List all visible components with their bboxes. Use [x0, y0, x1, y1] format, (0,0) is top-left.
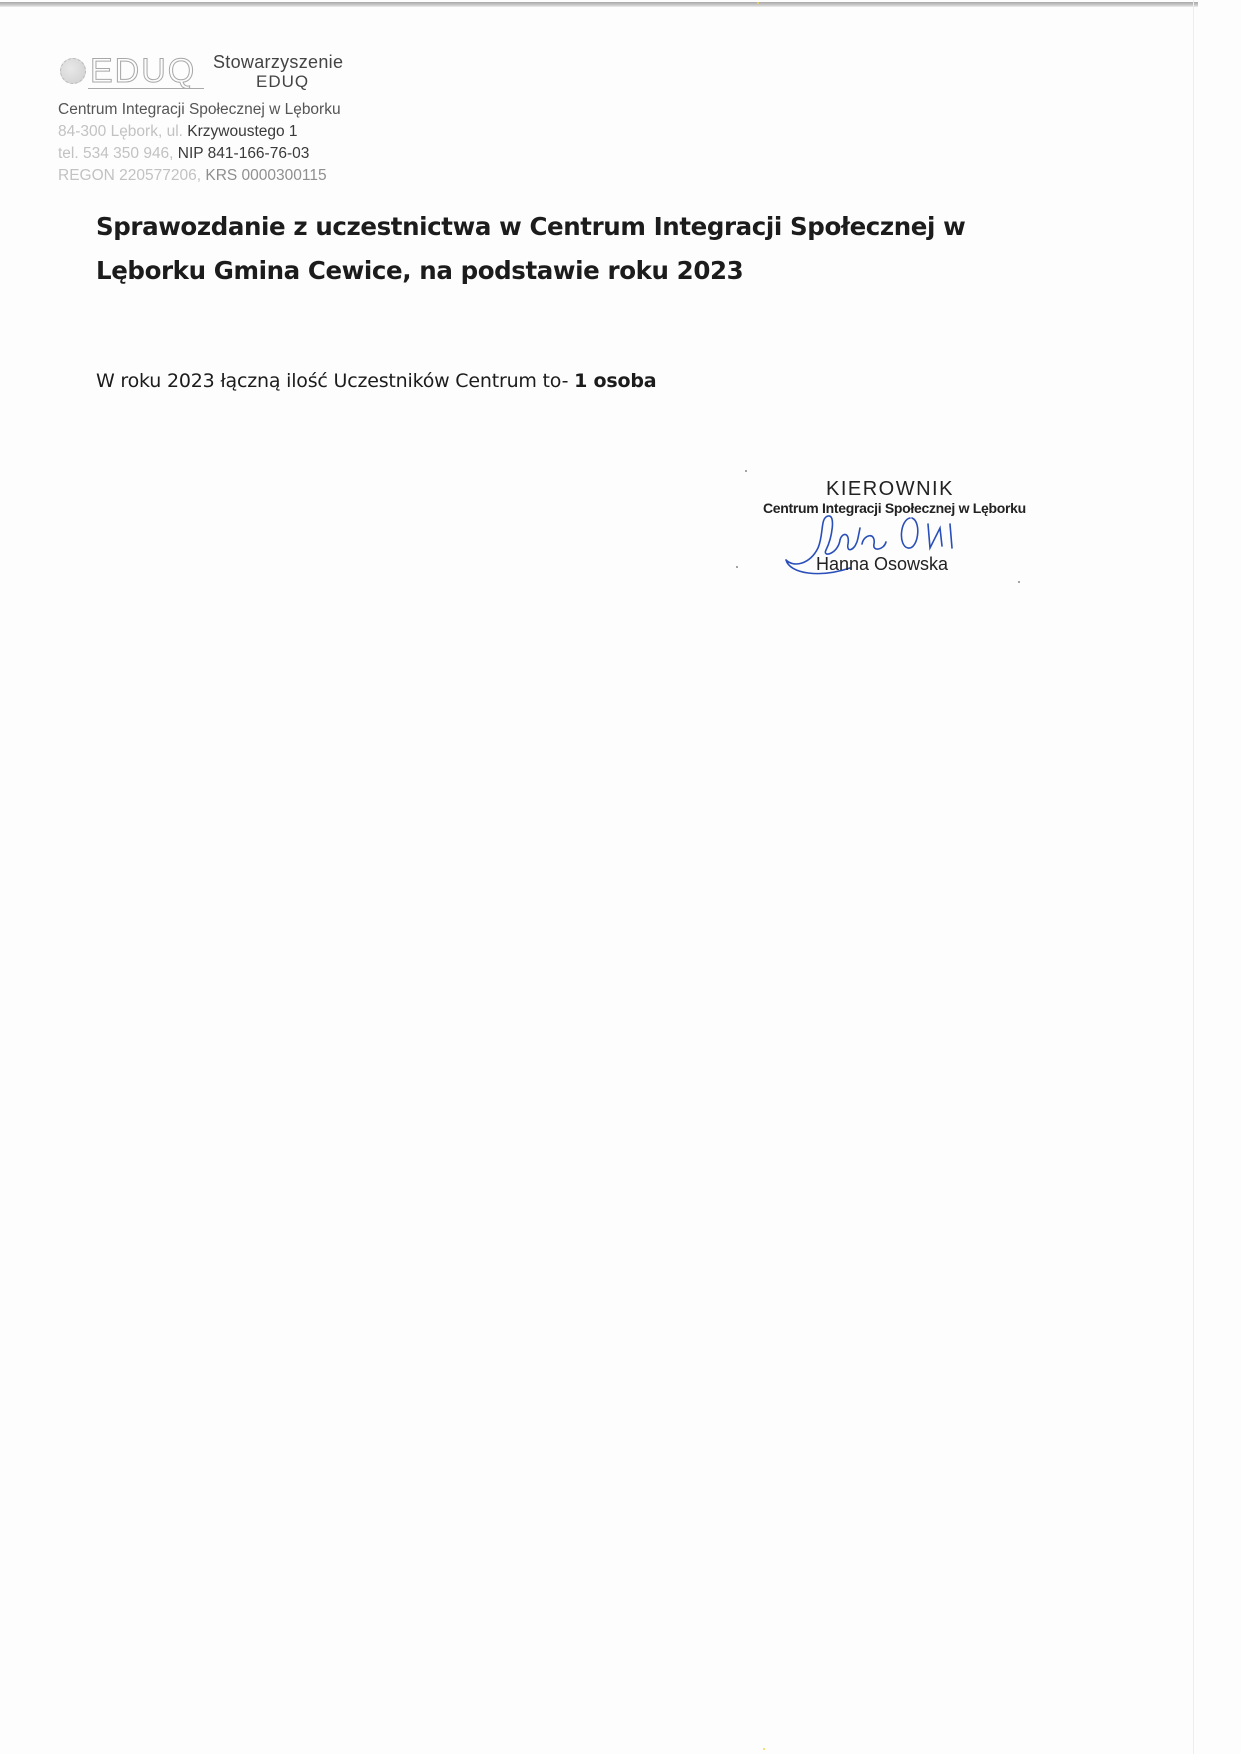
association-name: EDUQ [256, 72, 309, 92]
scan-speck [757, 2, 759, 4]
stamp-krs: KRS 0000300115 [201, 167, 327, 184]
scan-speck [1018, 581, 1020, 583]
scan-speck [736, 566, 738, 568]
scan-right-edge [1193, 0, 1194, 1754]
scan-top-edge [0, 2, 1198, 7]
document-body: W roku 2023 łączną ilość Uczestników Cen… [96, 370, 656, 392]
stamp-nip: NIP 841-166-76-03 [174, 145, 310, 162]
eduq-logo: EDUQ [58, 52, 198, 94]
globe-icon [60, 58, 86, 84]
stamp-registry: REGON 220577206, KRS 0000300115 [58, 167, 327, 185]
body-text: W roku 2023 łączną ilość Uczestników Cen… [96, 370, 574, 392]
stamp-organization: Centrum Integracji Społecznej w Lęborku [58, 101, 341, 119]
signature-stamp: KIEROWNIK Centrum Integracji Społecznej … [760, 478, 1060, 588]
stamp-address-faded: 84-300 Lębork, ul. [58, 123, 183, 140]
document-title: Sprawozdanie z uczestnictwa w Centrum In… [96, 205, 1016, 293]
association-label: Stowarzyszenie [213, 52, 343, 73]
logo-underline [88, 88, 204, 89]
stamp-contact: tel. 534 350 946, NIP 841-166-76-03 [58, 145, 309, 163]
stamp-regon: REGON 220577206, [58, 167, 201, 184]
stamp-phone: tel. 534 350 946, [58, 145, 174, 162]
logo-text: EDUQ [90, 52, 196, 90]
stamp-address: 84-300 Lębork, ul. Krzywoustego 1 [58, 123, 298, 141]
scan-speck [745, 470, 747, 472]
participant-count: 1 osoba [574, 370, 656, 392]
signer-name: Hanna Osowska [816, 554, 948, 575]
scan-speck [763, 1748, 765, 1750]
stamp-address-street: Krzywoustego 1 [183, 123, 298, 140]
